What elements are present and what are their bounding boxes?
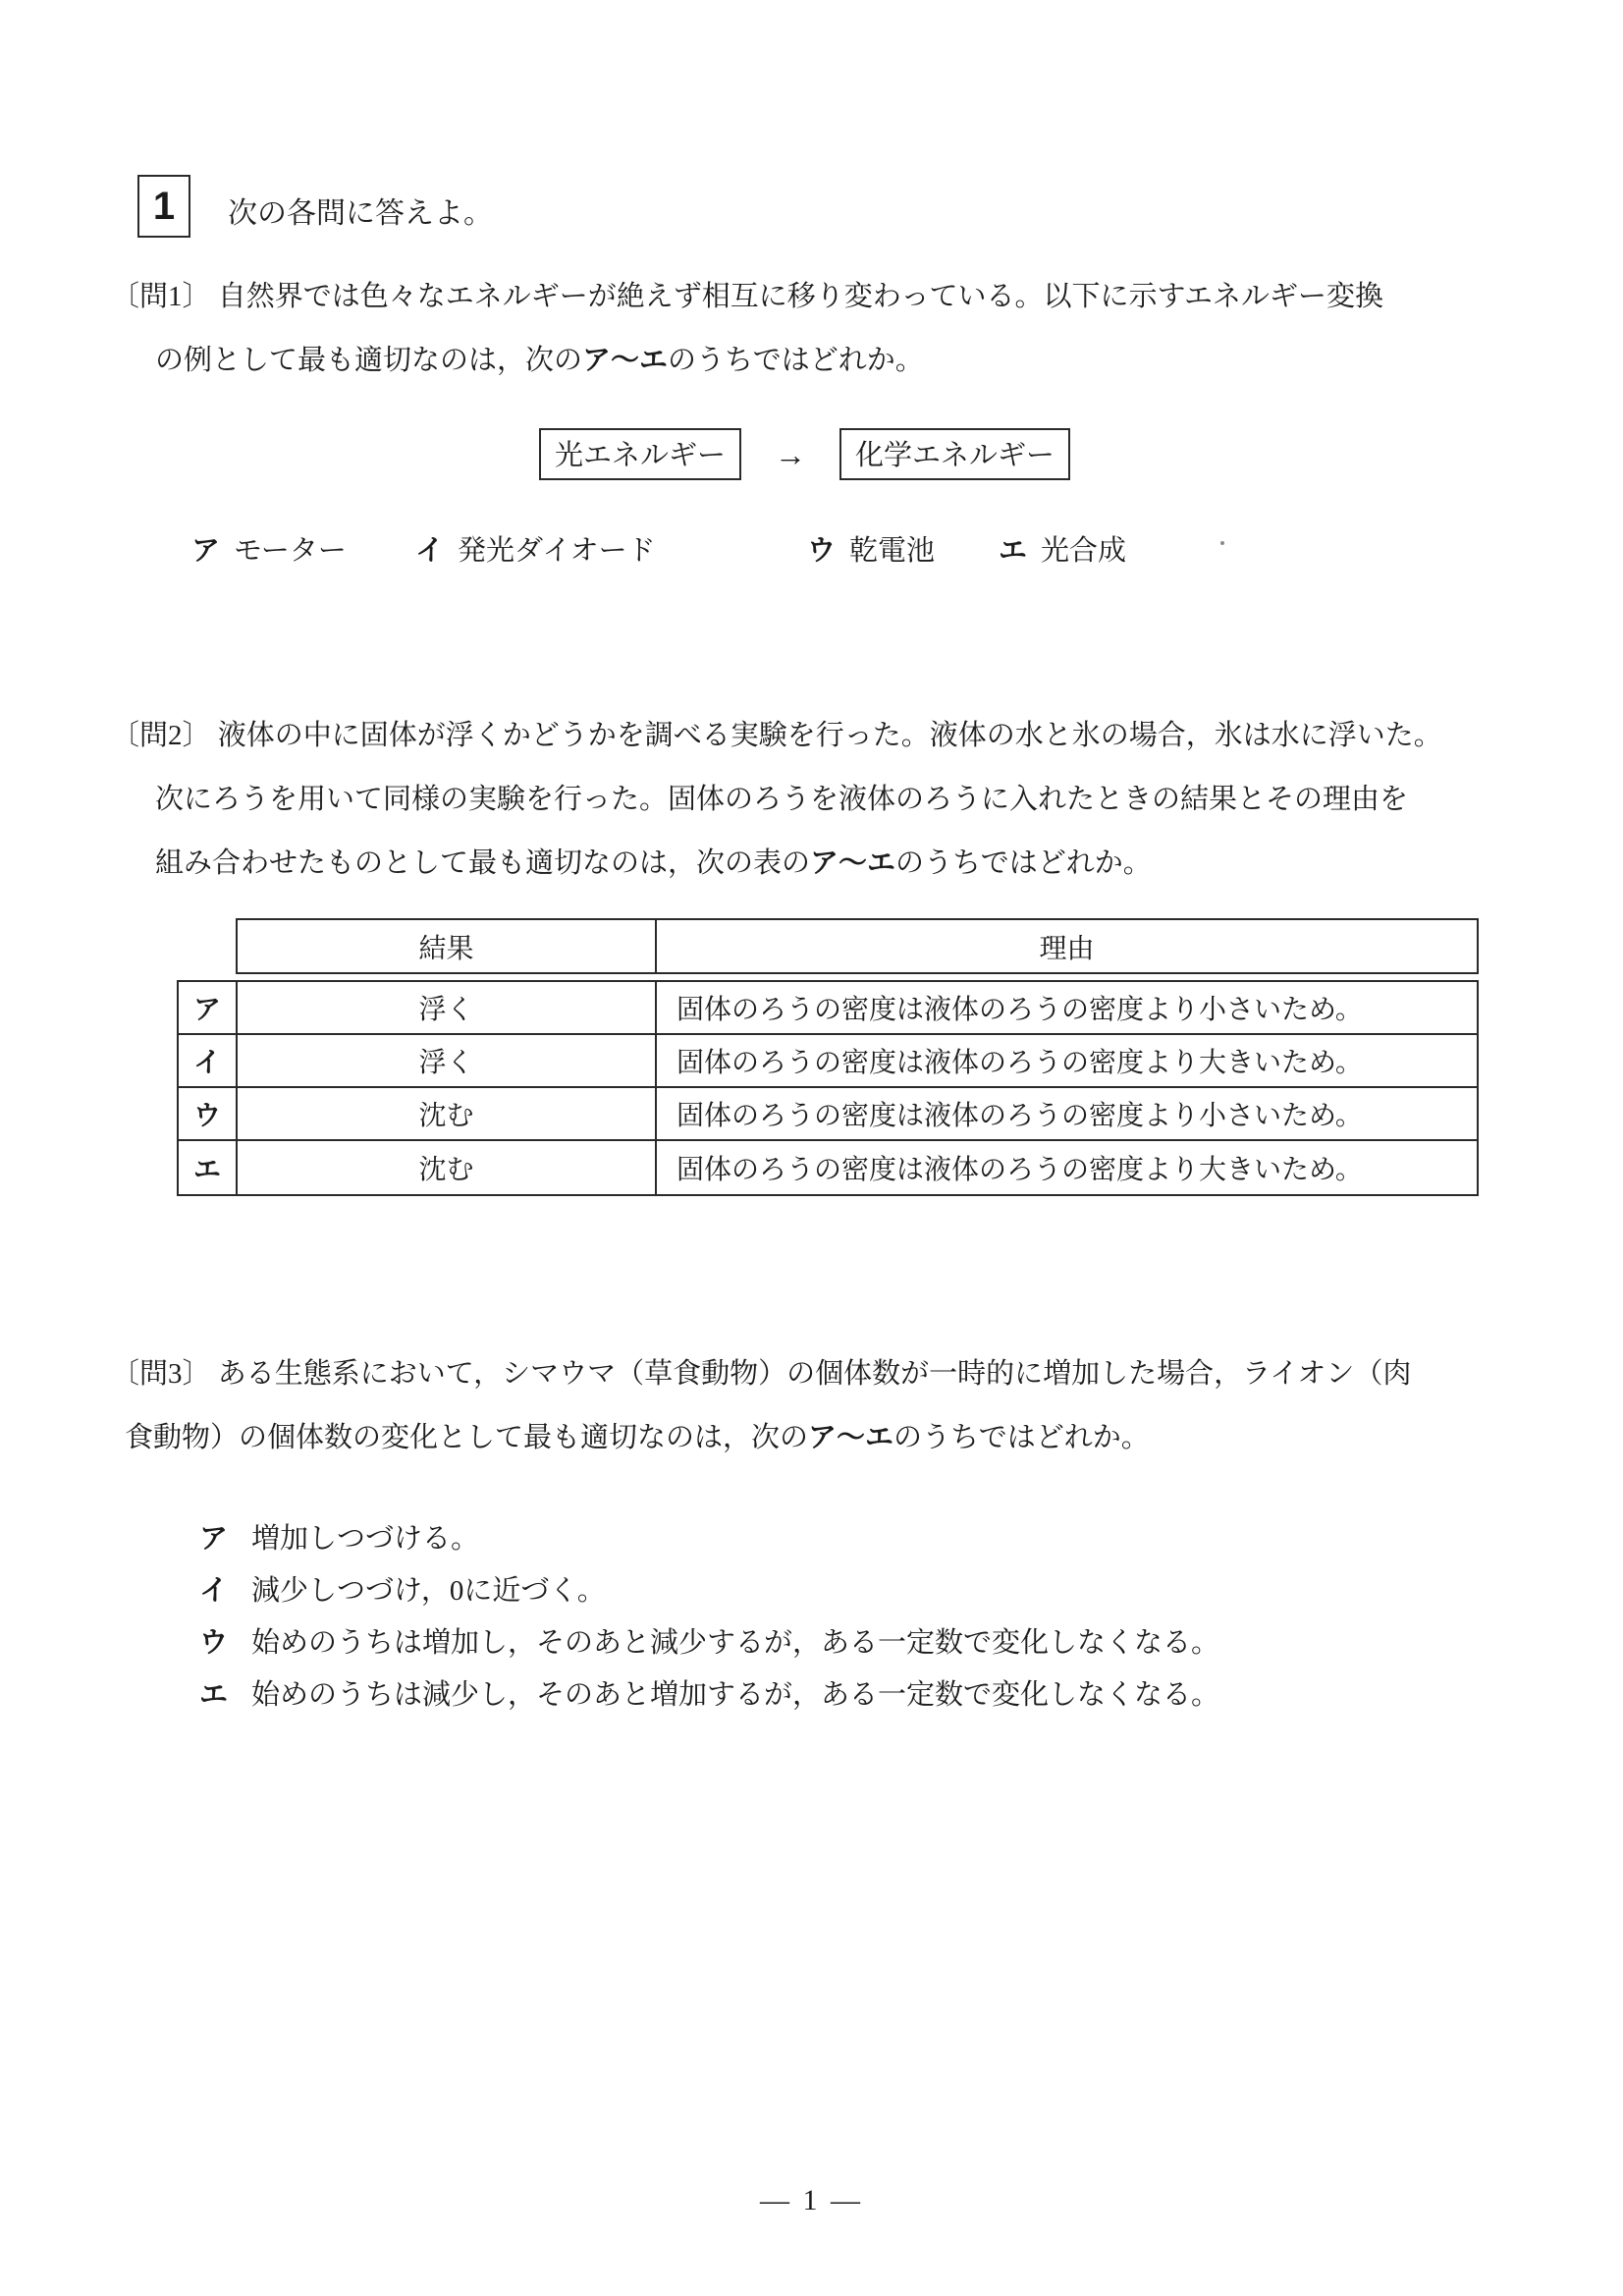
row-a-label: ア bbox=[179, 982, 238, 1033]
q1-option-u: ウ乾電池 bbox=[807, 528, 935, 569]
question3-text: 〔問3〕 ある生態系において，シマウマ（草食動物）の個体数が一時的に増加した場合… bbox=[111, 1342, 1411, 1470]
q3-line1: 〔問3〕 ある生態系において，シマウマ（草食動物）の個体数が一時的に増加した場合… bbox=[111, 1342, 1411, 1406]
q3-option-e-text: 始めのうちは減少し，そのあと増加するが，ある一定数で変化しなくなる。 bbox=[251, 1672, 1219, 1713]
q3-line2-post: のうちではどれか。 bbox=[893, 1422, 1150, 1453]
q1-option-e: エ光合成 bbox=[999, 528, 1126, 569]
table-row-i: イ 浮く 固体のろうの密度は液体のろうの密度より大きいため。 bbox=[179, 1035, 1477, 1088]
q1-line1: 〔問1〕 自然界では色々なエネルギーが絶えず相互に移り変わっている。以下に示すエ… bbox=[111, 265, 1383, 329]
row-a-reason: 固体のろうの密度は液体のろうの密度より小さいため。 bbox=[657, 982, 1477, 1033]
q3-line2: 食動物）の個体数の変化として最も適切なのは，次のア～エのうちではどれか。 bbox=[111, 1406, 1411, 1470]
q1-option-u-text: 乾電池 bbox=[849, 528, 935, 569]
q1-option-i: イ発光ダイオード bbox=[415, 528, 656, 569]
q3-option-i-text: 減少しつづけ，0に近づく。 bbox=[251, 1568, 606, 1609]
q3-line1-text: 〔問3〕 ある生態系において，シマウマ（草食動物）の個体数が一時的に増加した場合… bbox=[111, 1358, 1411, 1390]
q2-table-body: ア 浮く 固体のろうの密度は液体のろうの密度より小さいため。 イ 浮く 固体のろ… bbox=[177, 980, 1479, 1196]
energy-box-to: 化学エネルギー bbox=[839, 428, 1070, 480]
row-e-result: 沈む bbox=[238, 1141, 657, 1194]
right-arrow-icon: → bbox=[775, 439, 806, 470]
q1-option-e-text: 光合成 bbox=[1041, 528, 1126, 569]
row-u-result: 沈む bbox=[238, 1088, 657, 1139]
q1-line2: の例として最も適切なのは，次のア～エのうちではどれか。 bbox=[111, 329, 1383, 393]
q1-option-a: アモーター bbox=[191, 528, 347, 569]
q1-line1-text: 〔問1〕 自然界では色々なエネルギーが絶えず相互に移り変わっている。以下に示すエ… bbox=[111, 281, 1383, 312]
q3-option-a-text: 増加しつづける。 bbox=[251, 1516, 479, 1557]
question1-text: 〔問1〕 自然界では色々なエネルギーが絶えず相互に移り変わっている。以下に示すエ… bbox=[111, 265, 1383, 393]
row-a-result: 浮く bbox=[238, 982, 657, 1033]
q3-line2-choices-range: ア～エ bbox=[808, 1422, 893, 1453]
table-header-reason: 理由 bbox=[657, 920, 1477, 972]
row-e-label: エ bbox=[179, 1141, 238, 1194]
q1-options: アモーター イ発光ダイオード ウ乾電池 エ光合成 bbox=[0, 528, 1623, 572]
q1-option-e-label: エ bbox=[999, 528, 1027, 569]
q1-line2-post: のうちではどれか。 bbox=[668, 345, 924, 376]
q2-line3-post: のうちではどれか。 bbox=[895, 847, 1152, 879]
q2-line3-choices-range: ア～エ bbox=[810, 847, 895, 879]
q3-option-i: イ減少しつづけ，0に近づく。 bbox=[199, 1562, 1219, 1614]
section-lead: 次の各問に答えよ。 bbox=[228, 189, 493, 232]
q2-line3-pre: 組み合わせたものとして最も適切なのは，次の表の bbox=[155, 847, 810, 879]
row-i-reason: 固体のろうの密度は液体のろうの密度より大きいため。 bbox=[657, 1035, 1477, 1086]
q1-option-i-text: 発光ダイオード bbox=[458, 528, 656, 569]
energy-box-from: 光エネルギー bbox=[539, 428, 741, 480]
exam-page: 1 次の各問に答えよ。 〔問1〕 自然界では色々なエネルギーが絶えず相互に移り変… bbox=[0, 0, 1623, 2296]
q1-option-a-label: ア bbox=[191, 528, 220, 569]
table-header-result: 結果 bbox=[238, 920, 657, 972]
table-row-u: ウ 沈む 固体のろうの密度は液体のろうの密度より小さいため。 bbox=[179, 1088, 1477, 1141]
q2-table: 結果 理由 ア 浮く 固体のろうの密度は液体のろうの密度より小さいため。 イ 浮… bbox=[177, 918, 1479, 1196]
q1-option-a-text: モーター bbox=[234, 528, 347, 569]
q1-line2-pre: の例として最も適切なのは，次の bbox=[155, 345, 582, 376]
q3-option-e-label: エ bbox=[199, 1672, 228, 1713]
row-u-label: ウ bbox=[179, 1088, 238, 1139]
q3-option-a: ア増加しつづける。 bbox=[199, 1510, 1219, 1562]
row-e-reason: 固体のろうの密度は液体のろうの密度より大きいため。 bbox=[657, 1141, 1477, 1194]
table-row-a: ア 浮く 固体のろうの密度は液体のろうの密度より小さいため。 bbox=[179, 982, 1477, 1035]
q1-option-i-label: イ bbox=[415, 528, 444, 569]
q1-line2-choices-range: ア～エ bbox=[582, 345, 668, 376]
q3-option-u: ウ始めのうちは増加し，そのあと減少するが，ある一定数で変化しなくなる。 bbox=[199, 1614, 1219, 1667]
section-number-box: 1 bbox=[137, 175, 190, 238]
q3-option-u-text: 始めのうちは増加し，そのあと減少するが，ある一定数で変化しなくなる。 bbox=[251, 1620, 1219, 1661]
q3-line2-pre: 食動物）の個体数の変化として最も適切なのは，次の bbox=[125, 1422, 808, 1453]
table-row-e: エ 沈む 固体のろうの密度は液体のろうの密度より大きいため。 bbox=[179, 1141, 1477, 1194]
q3-option-e: エ始めのうちは減少し，そのあと増加するが，ある一定数で変化しなくなる。 bbox=[199, 1667, 1219, 1719]
q1-option-u-label: ウ bbox=[807, 528, 836, 569]
row-i-label: イ bbox=[179, 1035, 238, 1086]
q3-option-i-label: イ bbox=[199, 1568, 228, 1609]
row-i-result: 浮く bbox=[238, 1035, 657, 1086]
page-number: — 1 — bbox=[0, 2184, 1623, 2217]
q2-line1-text: 〔問2〕 液体の中に固体が浮くかどうかを調べる実験を行った。液体の水と氷の場合，… bbox=[111, 720, 1442, 751]
q2-table-header-row: 結果 理由 bbox=[236, 918, 1479, 974]
scan-artifact-dot bbox=[1220, 541, 1224, 545]
question2-text: 〔問2〕 液体の中に固体が浮くかどうかを調べる実験を行った。液体の水と氷の場合，… bbox=[111, 704, 1442, 896]
q3-options: ア増加しつづける。 イ減少しつづけ，0に近づく。 ウ始めのうちは増加し，そのあと… bbox=[199, 1510, 1219, 1719]
q3-option-u-label: ウ bbox=[199, 1620, 228, 1661]
q2-line3: 組み合わせたものとして最も適切なのは，次の表のア～エのうちではどれか。 bbox=[111, 832, 1442, 896]
row-u-reason: 固体のろうの密度は液体のろうの密度より小さいため。 bbox=[657, 1088, 1477, 1139]
q2-line2: 次にろうを用いて同様の実験を行った。固体のろうを液体のろうに入れたときの結果とそ… bbox=[111, 768, 1442, 832]
q2-line2-text: 次にろうを用いて同様の実験を行った。固体のろうを液体のろうに入れたときの結果とそ… bbox=[155, 784, 1408, 815]
energy-diagram: 光エネルギー → 化学エネルギー bbox=[539, 428, 1070, 480]
section-number: 1 bbox=[153, 185, 175, 229]
q2-line1: 〔問2〕 液体の中に固体が浮くかどうかを調べる実験を行った。液体の水と氷の場合，… bbox=[111, 704, 1442, 768]
q3-option-a-label: ア bbox=[199, 1516, 228, 1557]
